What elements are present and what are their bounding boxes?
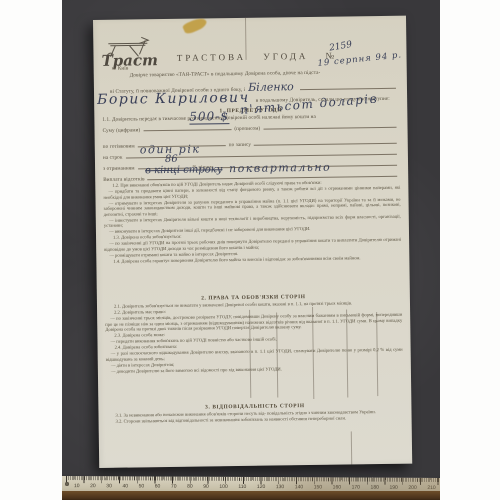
entry-blank	[254, 138, 397, 146]
photo-background: Траст ТРАСТОВА УГОДА № 2159 19 серпня 94…	[62, 0, 440, 500]
entry-label: по запису	[229, 142, 251, 148]
sum-value-handwritten: 500-$	[189, 109, 229, 125]
client-name-handwritten: Борис Кирилович	[97, 90, 250, 108]
sum-label: Суму (цифрами)	[103, 127, 141, 134]
ruler-hole	[65, 482, 69, 486]
rate-value-handwritten: 86	[165, 154, 178, 165]
desk-wood	[62, 491, 440, 500]
intro-line-1: Довірче товариство «ТАЯ-ТРАСТ» в подальш…	[130, 70, 321, 79]
sum-blank	[143, 124, 231, 131]
fine-print-block-1: 1.2. При виконанні обов'язків по цій УГО…	[103, 179, 401, 265]
sum-words-label: (прописом)	[234, 126, 260, 132]
city-label: м. Київ	[112, 66, 129, 72]
fold-mark-bottom	[351, 431, 352, 464]
sum-row: Суму (цифрами) (прописом)	[102, 122, 399, 134]
payout-crossed-handwritten: в кінці строку	[145, 164, 223, 176]
fine-print-block-2: 2.1. Довіритель зобов'язується не вимага…	[105, 300, 403, 375]
fold-crease-top	[245, 18, 247, 60]
document-sheet: Траст ТРАСТОВА УГОДА № 2159 19 серпня 94…	[93, 16, 412, 468]
payout-value-handwritten: поквартально	[229, 161, 331, 175]
cash-label: по готівковим	[103, 143, 135, 149]
rate-label: з отриманням	[103, 165, 135, 171]
term-label: на строк	[103, 155, 123, 161]
sum-words-blank	[263, 122, 396, 130]
